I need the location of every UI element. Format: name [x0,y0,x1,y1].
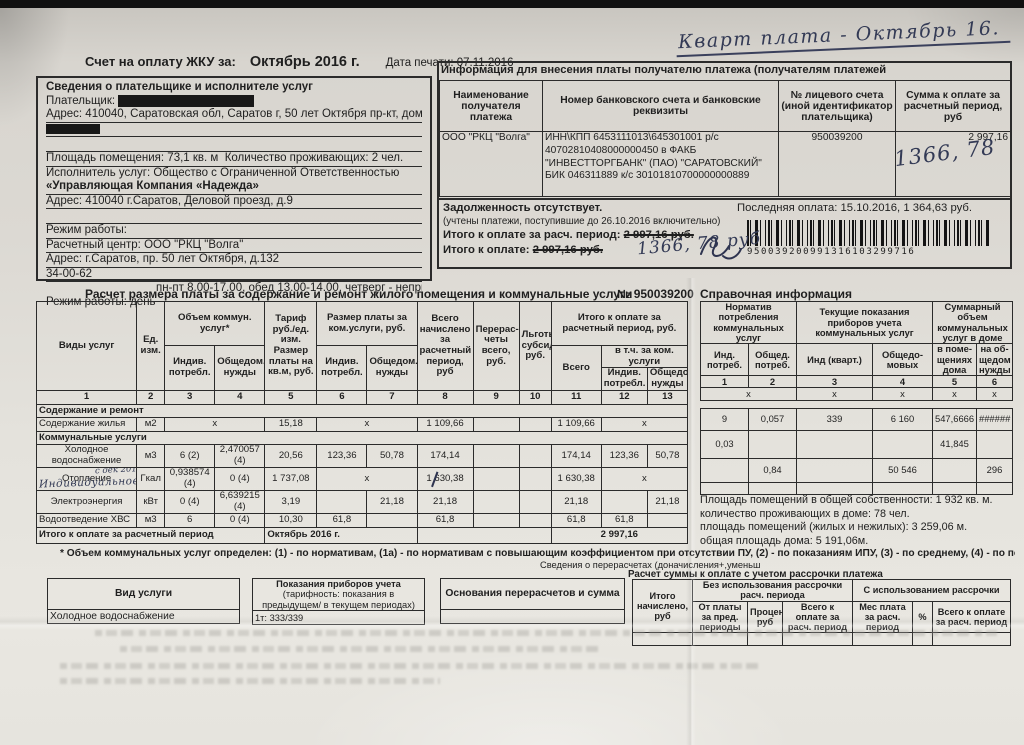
col-header: Всего [551,346,601,391]
redacted-house-number [46,124,100,134]
section-label: Коммунальные услуги [37,431,688,444]
cell: 0,938574 (4) [165,467,215,490]
cell: 50,78 [647,444,687,467]
total-label: Итого к оплате за расчетный период [37,527,265,543]
house-line: площадь помещений (жилых и нежилых): 3 2… [700,521,1015,535]
cell [647,513,687,527]
premises-area: Площадь помещения: 73,1 кв. м [46,152,218,164]
ref-row-sewerage [701,483,1013,495]
cell: x [165,417,265,431]
cell [977,483,1013,495]
cell: 1 109,66 [417,417,473,431]
cell: x [797,388,873,401]
paper-fold [686,278,696,745]
col-header: Показания приборов учета(тарифность: пок… [253,579,425,611]
ref-row-electricity: 0,8450 546296 [701,459,1013,483]
col-header: в т.ч. за ком. услуги [601,346,687,368]
payee-name: ООО "РКЦ "Волга" [440,132,543,197]
bleedthrough-line [95,630,1000,636]
cell: 0 (4) [165,490,215,513]
cell: 1 109,66 [551,417,601,431]
ref-table-header: Норматив потребления коммунальных услуг … [700,301,1013,401]
calc-table: Виды услуг Ед. изм. Объем коммун. услуг*… [36,301,688,544]
cell [797,431,873,459]
settlement-center: Расчетный центр: ООО "РКЦ "Волга" [46,239,422,254]
cell [701,483,749,495]
cell [519,490,551,513]
cell: 61,8 [551,513,601,527]
paper: Кварт плата - Октябрь 16. Счет на оплату… [0,8,1024,745]
cell [473,417,519,431]
barcode-digits: 950039200991316103299716 [747,247,989,257]
col-header: Инд. потреб. [701,344,749,376]
payer-label: Плательщик: [46,95,115,107]
paper-fold [0,616,1024,630]
col-header: Общедом. нужды [367,346,417,391]
cell [519,467,551,490]
cell: 21,18 [417,490,473,513]
cell: x [933,388,977,401]
payee-requisites: ИНН\КПП 6453111013\645301001 р/с 4070281… [543,132,779,197]
col-number: 1 [37,390,137,404]
cell: 1 630,38 [417,467,473,490]
provider-address: Адрес: 410040 г.Саратов, Деловой проезд,… [46,195,422,210]
cell: м2 [137,417,165,431]
signature-scribble [697,230,743,264]
col-number: 2 [137,390,165,404]
cell: x [601,417,687,431]
col-number: 5 [265,390,317,404]
col-header: Без использования рассрочки расч. период… [693,580,853,602]
col-number: 7 [367,390,417,404]
cell: 6 (2) [165,444,215,467]
payer-address: Адрес: 410040, Саратовская обл, Саратов … [46,108,422,123]
cell: 174,14 [551,444,601,467]
table-row-housing: Содержание жилья м2 x 15,18 x 1 109,66 1… [37,417,688,431]
payee-table: Наименование получателя платежа Номер ба… [439,80,1011,197]
cell: ###### [977,409,1013,431]
col-header: Индив. потребл. [601,368,647,390]
cell: 1 630,38 [551,467,601,490]
ref-row-cold-water: 90,0573396 160547,6666###### [701,409,1013,431]
cell [797,483,873,495]
cell: 6,639215 (4) [215,490,265,513]
cell: 174,14 [417,444,473,467]
col-number: 12 [601,390,647,404]
cell [367,513,417,527]
ref-table-values: 90,0573396 160547,6666###### 0,0341,845 … [700,408,1013,495]
cell: 123,36 [317,444,367,467]
col-header: на об- щедом нужды [977,344,1013,376]
cell: 2,470057 (4) [215,444,265,467]
header-row: Вид услуги [48,579,240,610]
payee-account-id: 950039200 [779,132,896,197]
cell: 0 (4) [215,467,265,490]
table-row-sewerage: Водоотведение ХВС м3 6 0 (4) 10,30 61,8 … [37,513,688,527]
col-header: Наименование получателя платежа [440,81,543,132]
cell [317,490,367,513]
table-row-heating: Отопление с дек 2015г Индивидуальное ото… [37,467,688,490]
bleedthrough-line [60,678,440,684]
total-value: 2 997,16 руб. [533,244,603,256]
col-header: Льготы субсидии, руб. [519,302,551,391]
service-name: Водоотведение ХВС [37,513,137,527]
house-line: количество проживающих в доме: 78 чел. [700,508,1015,522]
center-phone: 34-00-62 [46,268,422,283]
cell: x [977,388,1013,401]
service-name: Отопление с дек 2015г Индивидуальное ото… [37,467,137,490]
calc-colnum-row: 12345678910111213 [37,390,688,404]
cell: x [873,388,933,401]
cell: 21,18 [647,490,687,513]
scanner-edge [0,0,1024,8]
cell: 6 [165,513,215,527]
ref-row-x: x x x x x [701,388,1013,401]
payer-line [46,123,422,138]
col-number: 5 [933,376,977,388]
col-header: в поме- щениях дома [933,344,977,376]
col-header: Общедом. нужды [215,346,265,391]
col-number: 6 [977,376,1013,388]
handwritten-heating-note: Индивидуальное отопл [39,474,137,490]
cell [977,431,1013,459]
cell: м3 [137,444,165,467]
house-line: Площадь помещений в общей собственности:… [700,494,1015,508]
col-header: Суммарный объем коммунальных услуг в дом… [933,302,1013,344]
col-header: Инд (кварт.) [797,344,873,376]
ref-header-row: Норматив потребления коммунальных услуг … [701,302,1013,344]
payee-info-box: Информация для внесения платы получателю… [437,61,1012,269]
cell: x [317,467,417,490]
col-number: 2 [749,376,797,388]
header-row: Показания приборов учета(тарифность: пок… [253,579,425,611]
cell: 123,36 [601,444,647,467]
cell: 0,057 [749,409,797,431]
calc-header-row: Виды услуг Ед. изм. Объем коммун. услуг*… [37,302,688,346]
col-header: Объем коммун. услуг* [165,302,265,346]
cell: м3 [137,513,165,527]
scanned-utility-bill: Кварт плата - Октябрь 16. Счет на оплату… [0,0,1024,745]
house-summary: Площадь помещений в общей собственности:… [700,494,1015,548]
center-address: Адрес: г.Саратов, пр. 50 лет Октября, д.… [46,253,422,268]
service-name: Электроэнергия [37,490,137,513]
cell: Гкал [137,467,165,490]
ref-row-heating: 0,0341,845 [701,431,1013,459]
col-header-line: Показания приборов учета [276,579,401,589]
cell: 339 [797,409,873,431]
cell [519,444,551,467]
total-amount: 2 997,16 [551,527,687,543]
cell: 6 160 [873,409,933,431]
provider-line: Исполнитель услуг: Общество с Ограниченн… [46,167,422,181]
cell [749,431,797,459]
col-header: Перерас- четы всего, руб. [473,302,519,391]
spacer-line [46,209,422,223]
col-header: Норматив потребления коммунальных услуг [701,302,797,344]
cell: 61,8 [417,513,473,527]
col-header: Размер платы за ком.услуги, руб. [317,302,417,346]
debt-status: Задолженность отсутствует. [443,202,602,214]
col-number: 4 [215,390,265,404]
cell: 0 (4) [215,513,265,527]
calc-account-number: № 950039200 [617,287,694,301]
cell: 10,30 [265,513,317,527]
payer-info-box: Сведения о плательщике и исполнителе усл… [36,76,432,281]
spacer-line [46,137,422,151]
redacted-payer-name [118,95,254,107]
cell [601,490,647,513]
cell [933,483,977,495]
col-header: Текущие показания приборов учета коммуна… [797,302,933,344]
col-header: С использованием рассрочки [853,580,1011,602]
cell: 20,56 [265,444,317,467]
table-row-cold-water: Холодное водоснабжение м3 6 (2) 2,470057… [37,444,688,467]
payee-box-title: Информация для внесения платы получателю… [439,63,1010,80]
calc-section-title: Расчет размера платы за содержание и рем… [85,287,632,301]
service-name: Холодное водоснабжение [37,444,137,467]
col-number: 4 [873,376,933,388]
section-row: Содержание и ремонт [37,404,688,417]
total-period-label: Итого к оплате за расч. период: [443,229,620,241]
cell [933,459,977,483]
col-header: Ед. изм. [137,302,165,391]
col-number: 3 [797,376,873,388]
cell: 547,6666 [933,409,977,431]
cell: 296 [977,459,1013,483]
work-mode-label: Режим работы: [46,223,422,239]
cell [701,459,749,483]
col-header: Виды услуг [37,302,137,391]
section-label: Содержание и ремонт [37,404,688,417]
calc-total-row: Итого к оплате за расчетный период Октяб… [37,527,688,543]
col-number: 8 [417,390,473,404]
col-header-line: (тарифность: показания в предыдущем/ в т… [262,589,415,609]
cell [519,513,551,527]
payee-header-row: Наименование получателя платежа Номер ба… [440,81,1011,132]
col-header: № лицевого счета (иной идентификатор пла… [779,81,896,132]
col-header: Всего начислено за расчетный период, руб [417,302,473,391]
pen-tick [423,469,438,487]
col-header: Общедо- мовых [873,344,933,376]
bill-title: Счет на оплату ЖКУ за: [85,54,236,69]
col-header: Вид услуги [48,579,240,610]
payer-line: Плательщик: [46,95,422,109]
cell [873,431,933,459]
cell: 61,8 [601,513,647,527]
col-header: Общед. потреб. [749,344,797,376]
col-header: Тариф руб./ед. изм. Размер платы на кв.м… [265,302,317,391]
cell: 61,8 [317,513,367,527]
cell [873,483,933,495]
cell: 15,18 [265,417,317,431]
cell [797,459,873,483]
section-row: Коммунальные услуги [37,431,688,444]
barcode [747,220,989,246]
col-header: Номер банковского счета и банковские рек… [543,81,779,132]
total-period: Октябрь 2016 г. [265,527,417,543]
billing-period: Октябрь 2016 г. [250,54,360,70]
table-row-electricity: Электроэнергия кВт 0 (4) 6,639215 (4) 3,… [37,490,688,513]
col-header: Основания перерасчетов и сумма [441,579,625,610]
residents-count: Количество проживающих: 2 чел. [225,152,404,164]
last-payment: Последняя оплата: 15.10.2016, 1 364,63 р… [737,202,972,214]
cell: кВт [137,490,165,513]
cell [473,490,519,513]
col-number: 6 [317,390,367,404]
ref-section-title: Справочная информация [700,287,852,301]
cell [519,417,551,431]
payer-box-title: Сведения о плательщике и исполнителе усл… [46,81,422,95]
col-number: 3 [165,390,215,404]
col-header: Итого к оплате за расчетный период, руб. [551,302,687,346]
col-header: Сумма к оплате за расчетный период, руб [896,81,1011,132]
cell [473,444,519,467]
cell: 1 737,08 [265,467,317,490]
cell: 50,78 [367,444,417,467]
header-row: Основания перерасчетов и сумма [441,579,625,610]
col-number: 11 [551,390,601,404]
total-label: Итого к оплате: [443,244,530,256]
house-line: общая площадь дома: 5 191,06м. [700,535,1015,549]
cell: x [317,417,417,431]
cell: 0,03 [701,431,749,459]
total-line: Итого к оплате: 2 997,16 руб. [443,244,603,256]
cell: 0,84 [749,459,797,483]
cell: x [701,388,797,401]
area-line: Площадь помещения: 73,1 кв. м Количество… [46,151,422,167]
cell: 41,845 [933,431,977,459]
debt-summary: Задолженность отсутствует. (учтены плате… [439,198,1010,269]
service-name: Содержание жилья [37,417,137,431]
cell [473,467,519,490]
cell: 50 546 [873,459,933,483]
volume-footnote: * Объем коммунальных услуг определен: (1… [60,548,1015,559]
ref-subheader-row: Инд. потреб. Общед. потреб. Инд (кварт.)… [701,344,1013,376]
col-header: Индив. потребл. [165,346,215,391]
bleedthrough-line [120,646,600,652]
cell [473,513,519,527]
debt-note: (учтены платежи, поступившие до 26.10.20… [443,216,720,227]
ref-colnum-row: 123456 [701,376,1013,388]
col-number: 9 [473,390,519,404]
col-header: Общедом. нужды [647,368,687,390]
cell [749,483,797,495]
cell: 9 [701,409,749,431]
bleedthrough-line [60,663,760,669]
cell [417,527,551,543]
col-number: 1 [701,376,749,388]
provider-name: «Управляющая Компания «Надежда» [46,180,422,195]
col-number: 13 [647,390,687,404]
col-header: Индив. потребл. [317,346,367,391]
cell: 3,19 [265,490,317,513]
cell: x [601,467,687,490]
cell: 21,18 [367,490,417,513]
col-number: 10 [519,390,551,404]
cell: 21,18 [551,490,601,513]
